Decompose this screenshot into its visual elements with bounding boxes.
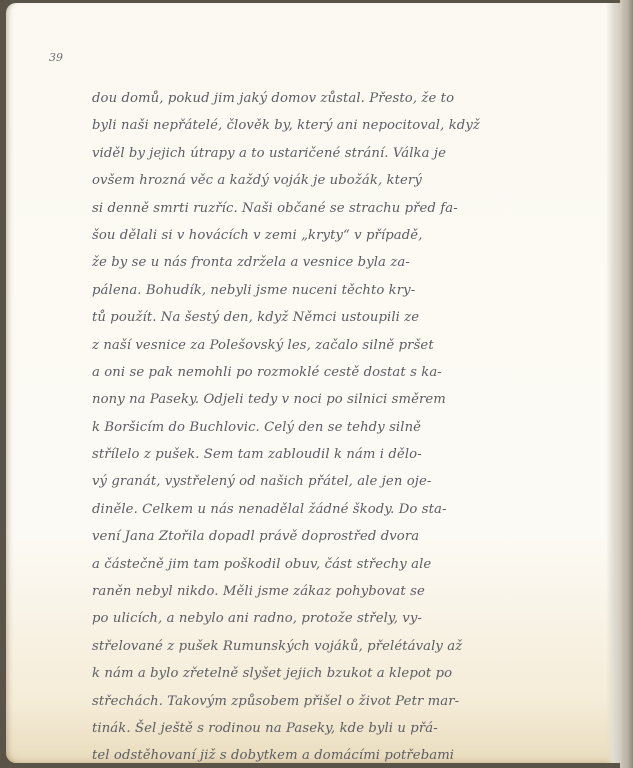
text-line: viděl by jejich útrapy a to ustaričené s…	[92, 140, 522, 167]
handwritten-text-block: dou domů, pokud jim jaký domov zůstal. P…	[92, 85, 522, 768]
text-line: nony na Paseky. Odjeli tedy v noci po si…	[92, 386, 522, 413]
text-line: vý granát, vystřelený od našich přátel, …	[92, 468, 522, 495]
text-line: a oni se pak nemohli po rozmoklé cestě d…	[92, 359, 522, 386]
text-line: střechách. Takovým způsobem přišel o živ…	[92, 688, 522, 715]
text-line: diněle. Celkem u nás nenadělal žádné ško…	[92, 496, 522, 523]
page-number: 39	[49, 51, 63, 64]
text-line: ovšem hrozná věc a každý voják je ubožák…	[92, 167, 522, 194]
text-line: tel odstěhovaní již s dobytkem a domácím…	[92, 742, 522, 768]
text-line: byli naši nepřátelé, člověk by, který an…	[92, 112, 522, 139]
text-line: pálena. Bohudík, nebyli jsme nuceni těch…	[92, 277, 522, 304]
text-line: k Boršicím do Buchlovic. Celý den se teh…	[92, 414, 522, 441]
text-line: k nám a bylo zřetelně slyšet jejich bzuk…	[92, 660, 522, 687]
text-line: z naší vesnice za Polešovský les, začalo…	[92, 332, 522, 359]
text-line: střílelo z pušek. Sem tam zabloudil k ná…	[92, 441, 522, 468]
text-line: dou domů, pokud jim jaký domov zůstal. P…	[92, 85, 522, 112]
text-line: že by se u nás fronta zdržela a vesnice …	[92, 249, 522, 276]
text-line: raněn nebyl nikdo. Měli jsme zákaz pohyb…	[92, 578, 522, 605]
text-line: si denně smrti ruzříc. Naši občané se st…	[92, 195, 522, 222]
text-line: tů použít. Na šestý den, když Němci usto…	[92, 304, 522, 331]
text-line: střelované z pušek Rumunských vojáků, př…	[92, 633, 522, 660]
text-line: šou dělali si v hovácích v zemi „kryty“ …	[92, 222, 522, 249]
notebook-page: 39 dou domů, pokud jim jaký domov zůstal…	[6, 3, 620, 763]
text-line: vení Jana Ztořila dopadl právě doprostře…	[92, 523, 522, 550]
text-line: a částečně jim tam poškodil obuv, část s…	[92, 551, 522, 578]
text-line: po ulicích, a nebylo ani radno, protože …	[92, 605, 522, 632]
text-line: tinák. Šel ještě s rodinou na Paseky, kd…	[92, 715, 522, 742]
